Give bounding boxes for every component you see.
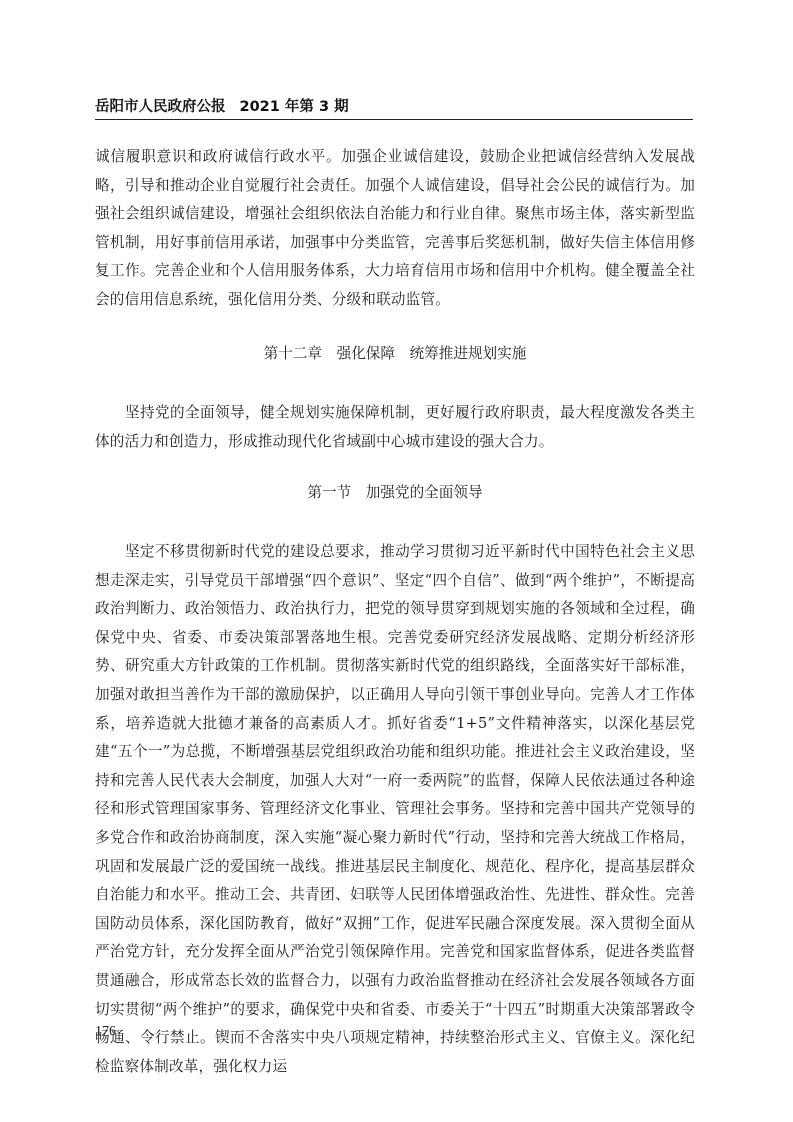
issue-number: 2021 年第 3 期 [240,99,349,115]
body-paragraph-credit: 诚信履职意识和政府诚信行政水平。加强企业诚信建设，鼓励企业把诚信经营纳入发展战略… [95,143,695,315]
running-header: 岳阳市人民政府公报2021 年第 3 期 [95,97,693,120]
body-paragraph-party-leadership: 坚定不移贯彻新时代党的建设总要求，推动学习贯彻习近平新时代中国特色社会主义思想走… [95,538,695,1081]
body-paragraph-chapter-intro: 坚持党的全面领导，健全规划实施保障机制，更好履行政府职责，最大程度激发各类主体的… [95,399,695,456]
chapter-heading: 第十二章 强化保障 统筹推进规划实施 [95,340,695,368]
publication-title: 岳阳市人民政府公报 [95,99,226,115]
section-heading: 第一节 加强党的全面领导 [95,479,695,507]
page-number: 176 [95,1024,116,1040]
